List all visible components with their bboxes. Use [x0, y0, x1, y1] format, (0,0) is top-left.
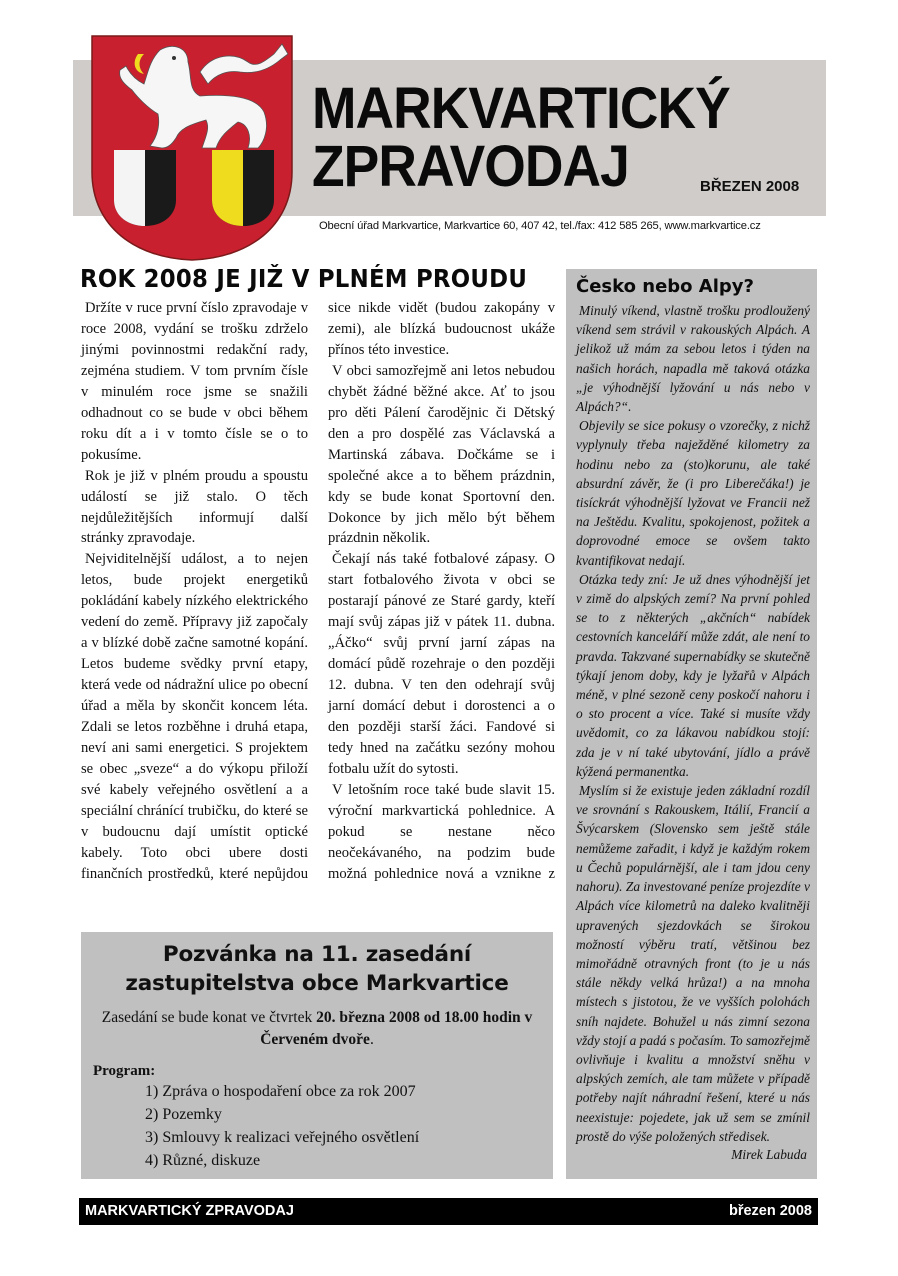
program-list: 1) Zpráva o hospodaření obce za rok 2007…	[145, 1080, 541, 1172]
program-label: Program:	[93, 1063, 541, 1080]
issue-date: BŘEZEN 2008	[700, 178, 799, 195]
footer-publication-name: MARKVARTICKÝ ZPRAVODAJ	[85, 1198, 294, 1225]
page-footer: MARKVARTICKÝ ZPRAVODAJ březen 2008	[79, 1198, 818, 1225]
program-item: 2) Pozemky	[145, 1103, 541, 1126]
sidebar-paragraph: Otázka tedy zní: Je už dnes výhodnější j…	[576, 570, 810, 781]
article-paragraph: Držíte v ruce první číslo zpravodaje v r…	[81, 298, 308, 466]
sidebar-paragraph: Objevily se sice pokusy o vzorečky, z ni…	[576, 416, 810, 570]
masthead-title-line2: ZPRAVODAJ	[312, 138, 730, 196]
masthead-title: MARKVARTICKÝ ZPRAVODAJ	[312, 80, 730, 196]
sidebar-body: Minulý víkend, vlastně trošku prodloužen…	[576, 301, 810, 1146]
invitation-when-prefix: Zasedání se bude konat ve čtvrtek	[102, 1009, 316, 1026]
coat-of-arms-icon	[88, 32, 296, 262]
article-paragraph: Čekají nás také fotbalové zápasy. O star…	[328, 549, 555, 779]
article-paragraph: Rok je již v plném proudu a spoustu udál…	[81, 466, 308, 550]
sidebar-author: Mirek Labuda	[576, 1146, 810, 1164]
article-body: Držíte v ruce první číslo zpravodaje v r…	[81, 298, 555, 898]
meeting-invitation-box: Pozvánka na 11. zasedání zastupitelstva …	[81, 932, 553, 1179]
program-item: 4) Různé, diskuze	[145, 1149, 541, 1172]
article-headline: ROK 2008 JE JIŽ V PLNÉM PROUDU	[80, 264, 527, 293]
sidebar-paragraph: Myslím si že existuje jeden základní roz…	[576, 781, 810, 1146]
program-item: 1) Zpráva o hospodaření obce za rok 2007	[145, 1080, 541, 1103]
invitation-when-suffix: .	[370, 1031, 374, 1048]
invitation-title: Pozvánka na 11. zasedání zastupitelstva …	[93, 940, 541, 998]
sidebar-paragraph: Minulý víkend, vlastně trošku prodloužen…	[576, 301, 810, 416]
sidebar-article: Česko nebo Alpy? Minulý víkend, vlastně …	[566, 269, 817, 1179]
article-paragraph: V obci samozřejmě ani letos nebudou chyb…	[328, 361, 555, 550]
program-item: 3) Smlouvy k realizaci veřejného osvětle…	[145, 1126, 541, 1149]
invitation-when: Zasedání se bude konat ve čtvrtek 20. bř…	[93, 1007, 541, 1051]
footer-issue-date: březen 2008	[729, 1198, 812, 1225]
publisher-address: Obecní úřad Markvartice, Markvartice 60,…	[319, 220, 827, 232]
sidebar-title: Česko nebo Alpy?	[576, 276, 810, 298]
masthead-title-line1: MARKVARTICKÝ	[312, 80, 730, 138]
